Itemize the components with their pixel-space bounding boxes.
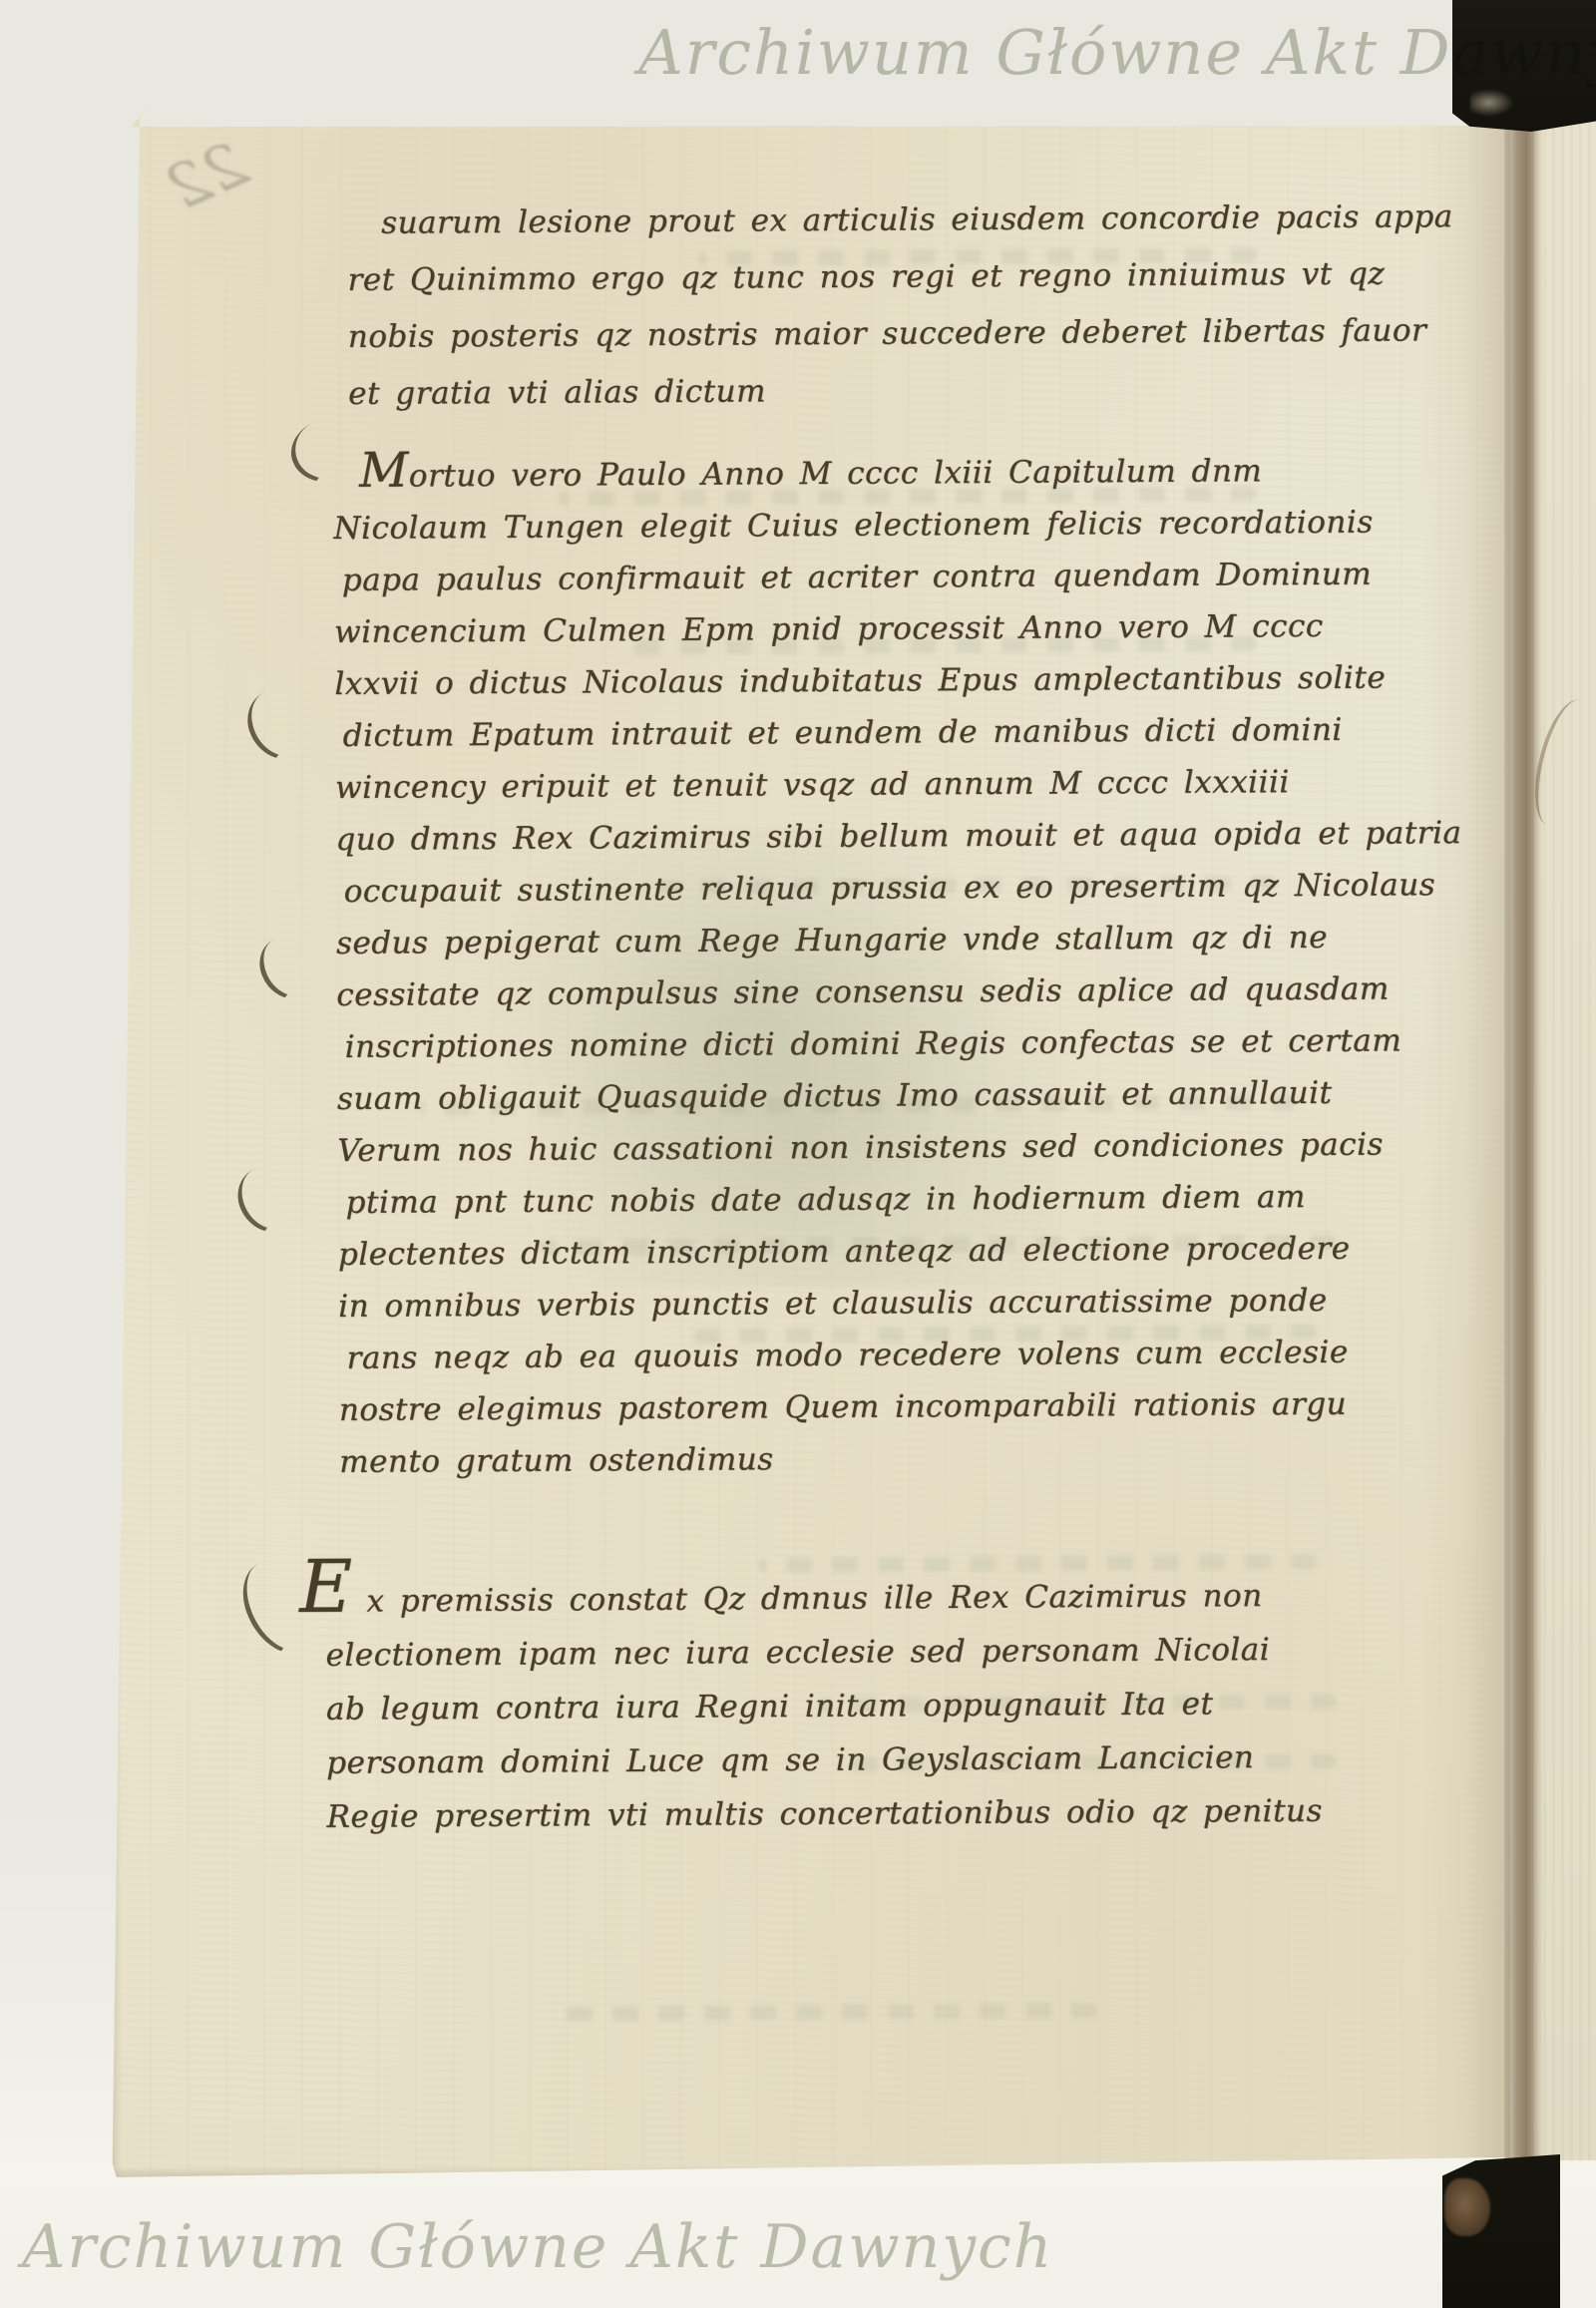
manuscript-line: personam domini Luce qm se in Geyslascia…	[326, 1731, 1323, 1790]
next-folio-edge	[1534, 120, 1596, 2160]
manuscript-line: electionem ipam nec iura ecclesie sed pe…	[325, 1623, 1322, 1683]
manuscript-line: mento gratum ostendimus	[339, 1429, 1465, 1488]
manuscript-line: et gratia vti alias dictum	[348, 359, 1454, 423]
manuscript-line: inscriptiones nomine dicti domini Regis …	[344, 1014, 1462, 1073]
manuscript-line: ret Quinimmo ergo qz tunc nos regi et re…	[347, 245, 1453, 309]
binding-tape-bottom	[1442, 2154, 1560, 2308]
manuscript-line: Nicolaum Tungen elegit Cuius electionem …	[333, 496, 1459, 555]
paragraph-2: Mortuo vero Paulo Anno M cccc lxiii Capi…	[333, 444, 1465, 1488]
manuscript-line: Ex premissis constat Qz dmnus ille Rex C…	[299, 1556, 1322, 1629]
manuscript-line: ab legum contra iura Regni initam oppugn…	[326, 1677, 1323, 1736]
paragraph-3: Ex premissis constat Qz dmnus ille Rex C…	[299, 1556, 1323, 1844]
manuscript-line: ptima pnt tunc nobis date adusqz in hodi…	[345, 1170, 1463, 1229]
tape-fray	[1470, 88, 1516, 118]
manuscript-line: suarum lesione prout ex articulis eiusde…	[347, 189, 1453, 252]
tape-patch	[1444, 2178, 1490, 2236]
manuscript-line: plectentes dictam inscriptiom anteqz ad …	[338, 1222, 1464, 1281]
manuscript-line: dictum Epatum intrauit et eundem de mani…	[343, 703, 1461, 762]
manuscript-line: nobis posteris qz nostris maior succeder…	[348, 302, 1454, 366]
manuscript-line: Verum nos huic cassationi non insistens …	[337, 1118, 1463, 1177]
manuscript-line: in omnibus verbis punctis et clausulis a…	[338, 1274, 1464, 1333]
watermark-bottom: Archiwum Główne Akt Dawnych	[22, 2212, 1053, 2282]
manuscript-line: rans neqz ab ea quouis modo recedere vol…	[346, 1326, 1464, 1384]
manuscript-line: quo dmns Rex Cazimirus sibi bellum mouit…	[335, 807, 1461, 866]
manuscript-line: cessitate qz compulsus sine consensu sed…	[336, 962, 1462, 1021]
manuscript-line: lxxvii o dictus Nicolaus indubitatus Epu…	[334, 651, 1460, 710]
scanner-background: 22 Archiwum Główne Akt Dawnych Archiwum …	[0, 0, 1596, 2308]
manuscript-line: papa paulus confirmauit et acriter contr…	[342, 548, 1460, 606]
manuscript-line: wincency eripuit et tenuit vsqz ad annum…	[335, 755, 1461, 814]
manuscript-line: wincencium Culmen Epm pnid processit Ann…	[334, 599, 1460, 658]
watermark-top: Archiwum Główne Akt Dawnych	[638, 16, 1596, 89]
manuscript-line: Regie presertim vti multis concertationi…	[326, 1784, 1323, 1844]
manuscript-line: nostre elegimus pastorem Quem incomparab…	[339, 1377, 1465, 1436]
paragraph-1: suarum lesione prout ex articulis eiusde…	[347, 189, 1454, 423]
manuscript-line: suam obligauit Quasquide dictus Imo cass…	[337, 1066, 1463, 1125]
manuscript-line: Mortuo vero Paulo Anno M cccc lxiii Capi…	[333, 444, 1459, 503]
page-gutter-shadow	[1504, 118, 1536, 2164]
manuscript-line: sedus pepigerat cum Rege Hungarie vnde s…	[336, 911, 1462, 969]
manuscript-line: occupauit sustinente reliqua prussia ex …	[344, 859, 1462, 918]
